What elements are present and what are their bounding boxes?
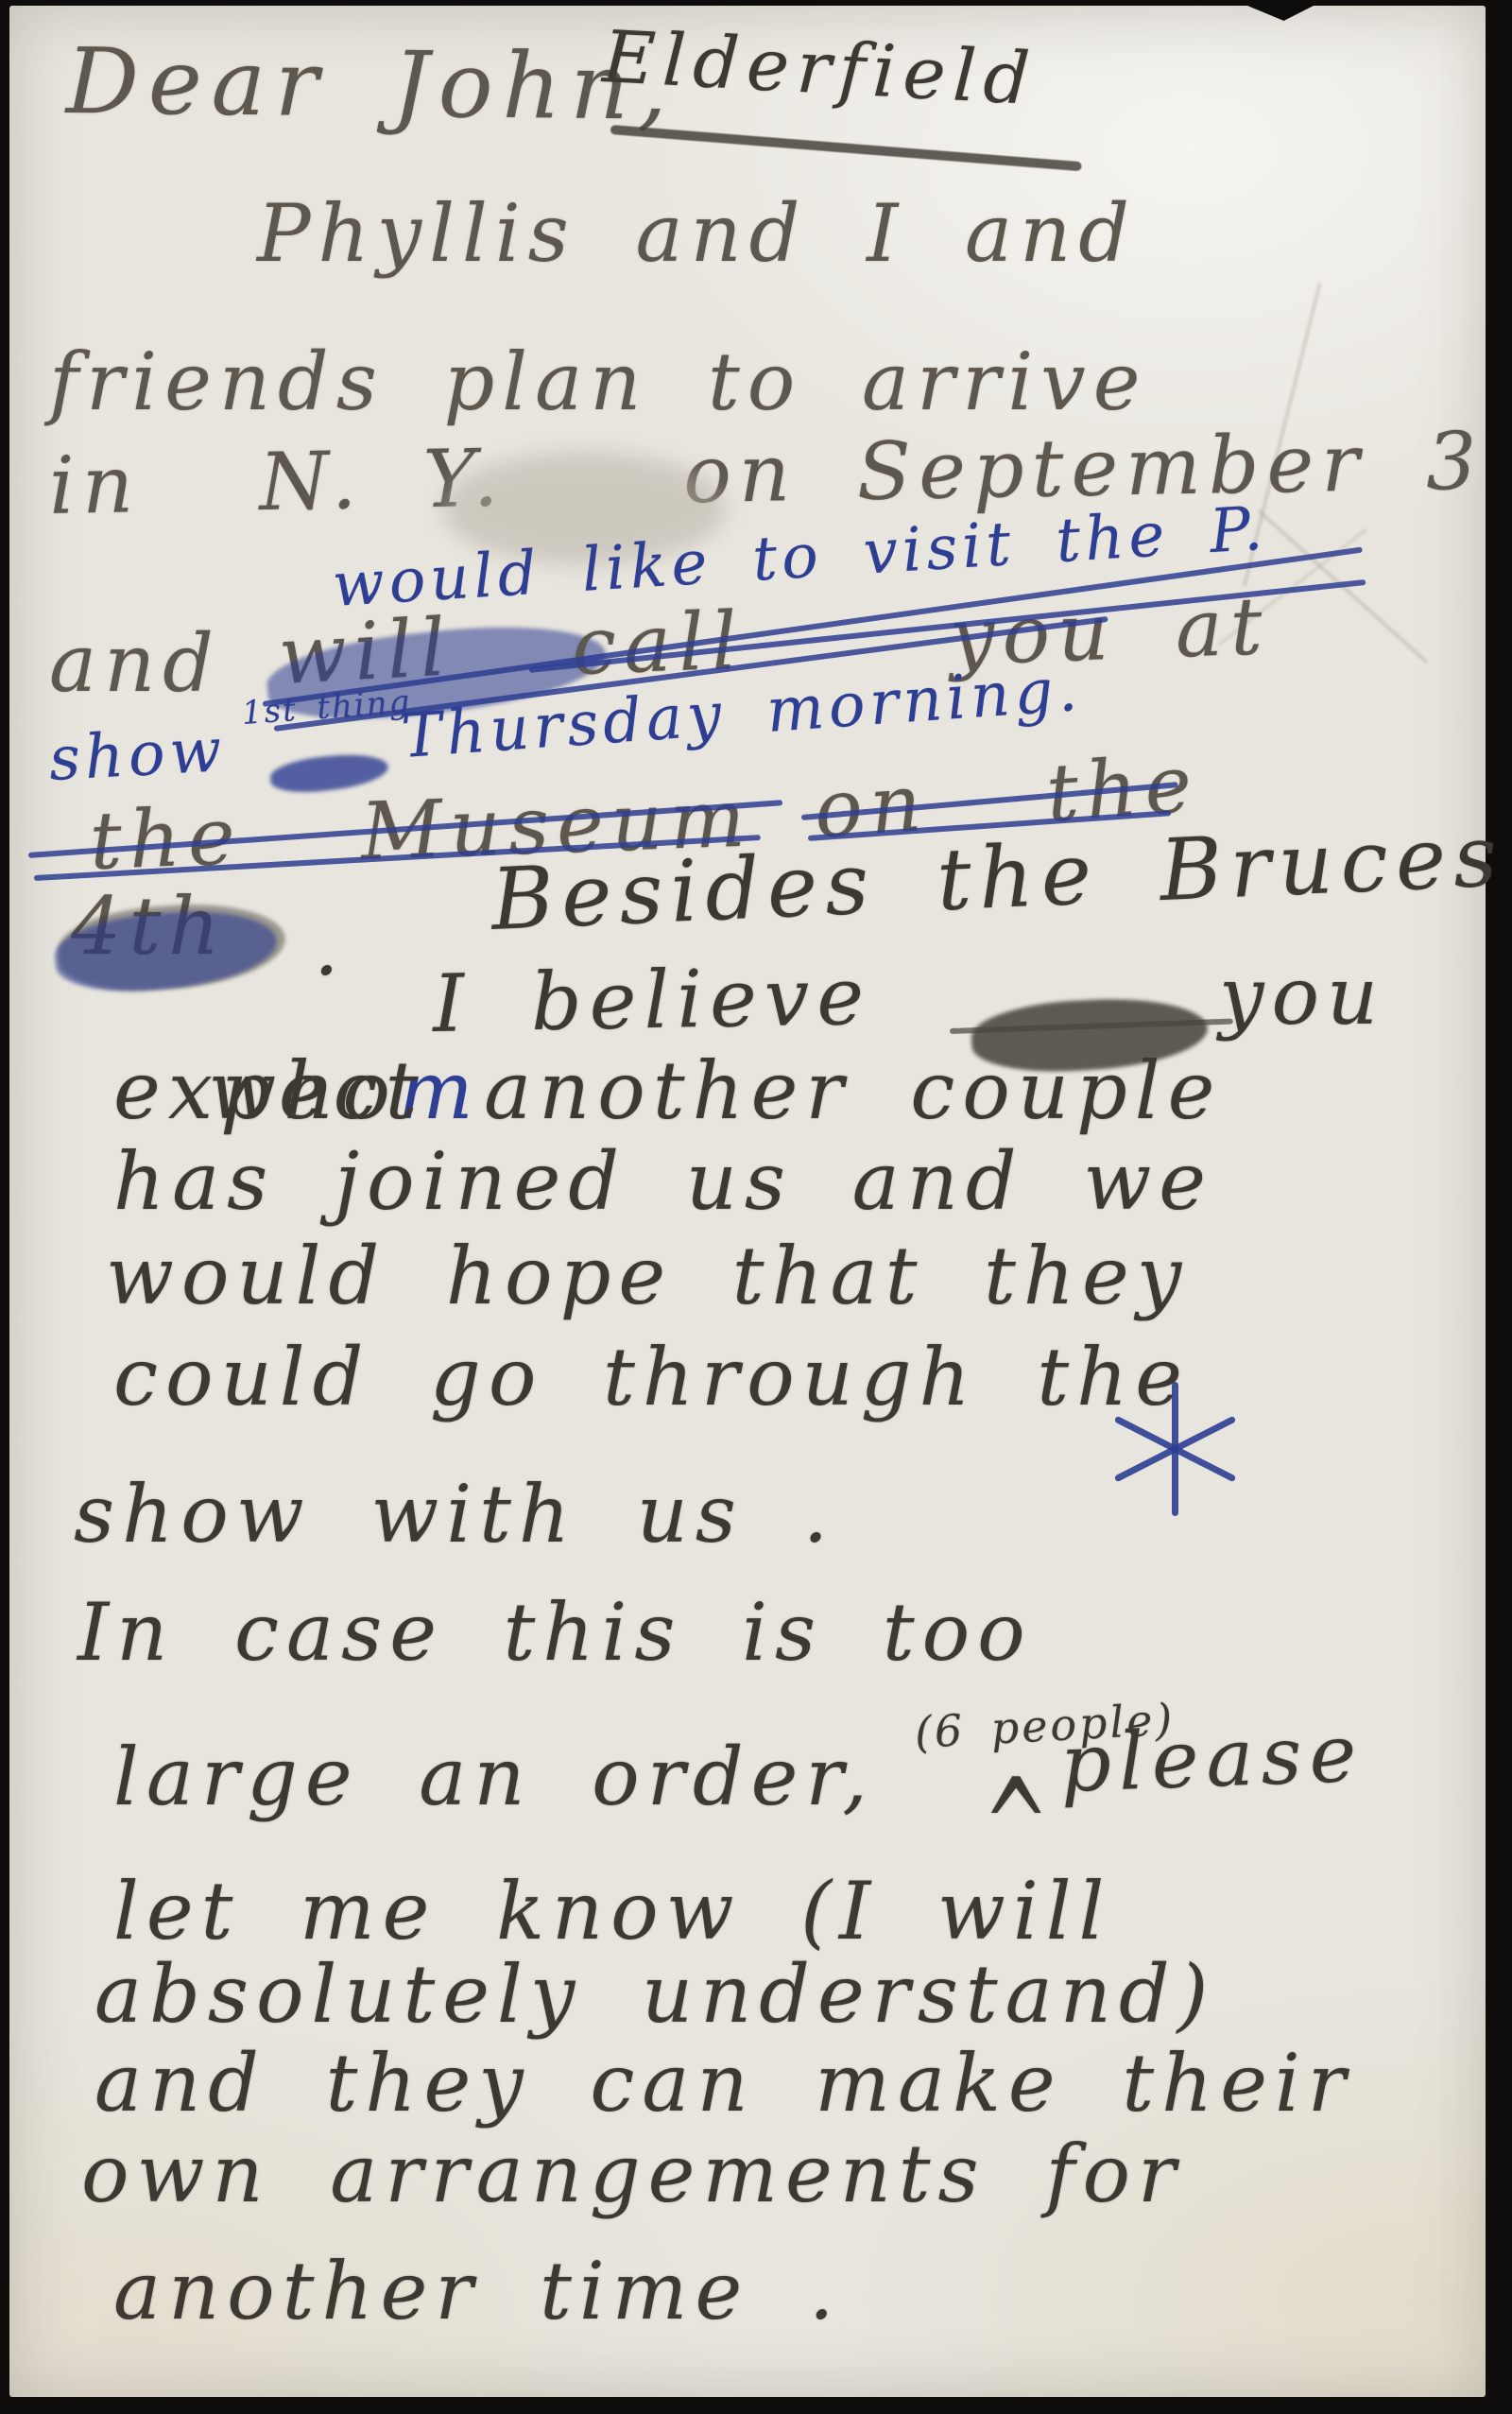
- handwritten-line-expect: expect another couple: [113, 1051, 1222, 1130]
- scanned-letter-page: { "document_type": "handwritten letter s…: [0, 0, 1512, 2414]
- struck-word-call: call: [571, 601, 747, 686]
- handwritten-word-and: and: [49, 624, 221, 703]
- handwritten-line-friends: friends plan to arrive: [49, 342, 1147, 422]
- handwritten-line-in-case: In case this is too: [77, 1593, 1033, 1672]
- handwritten-line-show-with-us: show with us .: [74, 1474, 835, 1554]
- handwritten-line-joined: has joined us and we: [113, 1142, 1213, 1221]
- handwritten-word-you: you: [1219, 957, 1385, 1036]
- blue-word-show: show: [47, 720, 227, 790]
- handwritten-line-another-time: another time .: [113, 2251, 842, 2331]
- handwritten-word-please: please: [1059, 1714, 1366, 1803]
- handwritten-line-make-their: and they can make their: [94, 2043, 1353, 2123]
- inserted-name-elderfield: Elderfield: [601, 21, 1039, 115]
- handwritten-line-ny-september: in N. Y. on September 3: [48, 422, 1485, 526]
- handwritten-line-absolutely: absolutely understand): [94, 1955, 1215, 2034]
- handwritten-line-hope: would hope that they: [106, 1236, 1189, 1316]
- handwritten-line-could: could go through the: [113, 1337, 1190, 1417]
- handwritten-line-large-order: large an order,: [113, 1737, 875, 1817]
- handwritten-words-i-believe: I believe: [432, 957, 871, 1043]
- handwritten-line-own-arrangements: own arrangements for: [81, 2134, 1183, 2214]
- blue-asterisk-mark: [1115, 1382, 1238, 1516]
- handwritten-line-phyllis: Phyllis and I and: [257, 194, 1137, 273]
- salutation-dear-john: Dear John,: [65, 36, 677, 133]
- handwritten-line-let-me-know: let me know (I will: [113, 1871, 1111, 1951]
